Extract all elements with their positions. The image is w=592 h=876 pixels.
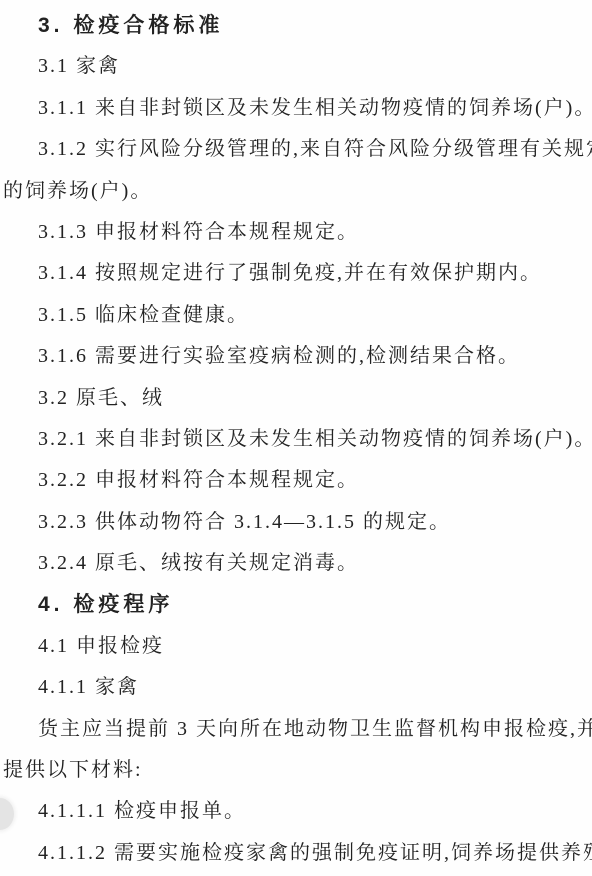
doc-line-3-2: 3.2 原毛、绒 <box>0 378 592 419</box>
doc-line-3-2-3: 3.2.3 供体动物符合 3.1.4—3.1.5 的规定。 <box>0 502 592 543</box>
doc-line-3-2-2: 3.2.2 申报材料符合本规程规定。 <box>0 460 592 501</box>
doc-line-3-2-4: 3.2.4 原毛、绒按有关规定消毒。 <box>0 543 592 584</box>
doc-line-4-1-1-para-cont: 提供以下材料: <box>0 750 592 791</box>
doc-line-4-1-1-para: 货主应当提前 3 天向所在地动物卫生监督机构申报检疫,并 <box>0 709 592 750</box>
doc-line-3-1-4: 3.1.4 按照规定进行了强制免疫,并在有效保护期内。 <box>0 253 592 294</box>
section-heading-4: 4. 检疫程序 <box>0 584 592 625</box>
section-heading-3: 3. 检疫合格标准 <box>0 5 592 46</box>
doc-line-4-1-1-1: 4.1.1.1 检疫申报单。 <box>0 791 592 832</box>
doc-line-3-1-3: 3.1.3 申报材料符合本规程规定。 <box>0 212 592 253</box>
doc-line-3-1-2-cont: 的饲养场(户)。 <box>0 171 592 212</box>
doc-line-3-1-6: 3.1.6 需要进行实验室疫病检测的,检测结果合格。 <box>0 336 592 377</box>
doc-line-3-1-1: 3.1.1 来自非封锁区及未发生相关动物疫情的饲养场(户)。 <box>0 88 592 129</box>
doc-line-3-1-2: 3.1.2 实行风险分级管理的,来自符合风险分级管理有关规定 <box>0 129 592 170</box>
doc-line-3-1-5: 3.1.5 临床检查健康。 <box>0 295 592 336</box>
doc-line-4-1-1: 4.1.1 家禽 <box>0 667 592 708</box>
doc-line-3-2-1: 3.2.1 来自非封锁区及未发生相关动物疫情的饲养场(户)。 <box>0 419 592 460</box>
doc-line-3-1: 3.1 家禽 <box>0 46 592 87</box>
doc-line-4-1: 4.1 申报检疫 <box>0 626 592 667</box>
doc-line-4-1-1-2: 4.1.1.2 需要实施检疫家禽的强制免疫证明,饲养场提供养殖 <box>0 833 592 874</box>
document-page: 3. 检疫合格标准 3.1 家禽 3.1.1 来自非封锁区及未发生相关动物疫情的… <box>0 0 592 876</box>
